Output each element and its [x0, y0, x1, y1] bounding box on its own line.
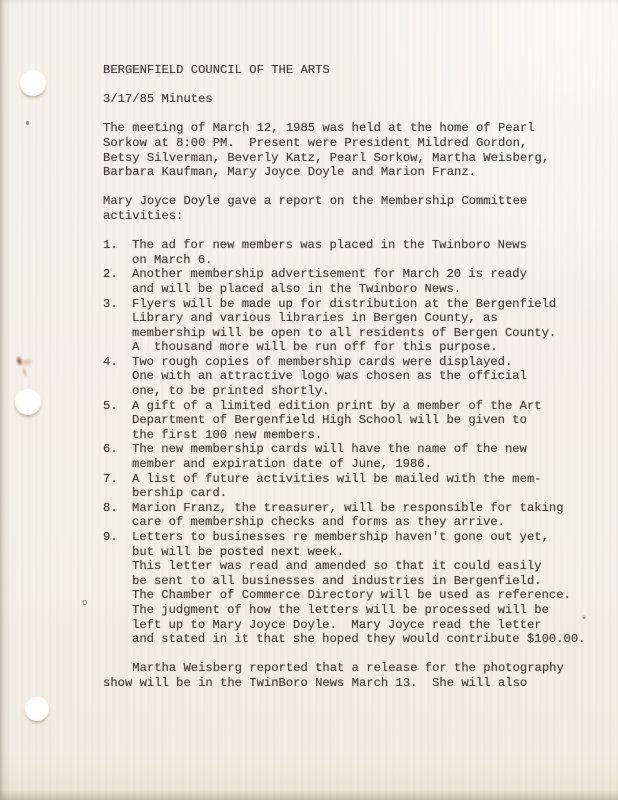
list-item-text: Another membership advertisement for Mar…: [132, 267, 527, 296]
list-item: 9. Letters to businesses re membership h…: [103, 530, 608, 647]
list-item-number: 1.: [103, 238, 132, 267]
list-item-number: 8.: [103, 501, 132, 530]
list-item: 5. A gift of a limited edition print by …: [103, 399, 608, 443]
hole-punch-bottom: [25, 697, 49, 721]
list-item: 8. Marion Franz, the treasurer, will be …: [103, 501, 608, 530]
list-item-text: A list of future activities will be mail…: [132, 472, 542, 501]
list-item-text: Flyers will be made up for distribution …: [132, 297, 556, 355]
list-item-number: 3.: [103, 297, 132, 355]
list-item-number: 7.: [103, 472, 132, 501]
page-edge-shadow-bottom: [0, 790, 618, 800]
stray-smudge-mark: *: [581, 616, 587, 627]
document-title: BERGENFIELD COUNCIL OF THE ARTS: [103, 63, 608, 78]
page-edge-shadow-left: [0, 0, 10, 800]
intro-paragraph: The meeting of March 12, 1985 was held a…: [103, 121, 608, 179]
list-item-text: The new membership cards will have the n…: [132, 442, 527, 471]
list-item: 6. The new membership cards will have th…: [103, 442, 608, 471]
list-item-text: Marion Franz, the treasurer, will be res…: [132, 501, 564, 530]
ink-speck: [26, 121, 29, 125]
hole-punch-middle: [15, 389, 41, 415]
page-edge-shadow-top: [0, 0, 618, 5]
date-line: 3/17/85 Minutes: [103, 92, 608, 107]
list-item-number: 6.: [103, 442, 132, 471]
list-item-number: 4.: [103, 355, 132, 399]
list-item: 3. Flyers will be made up for distributi…: [103, 297, 608, 355]
membership-report-paragraph: Mary Joyce Doyle gave a report on the Me…: [103, 194, 608, 223]
closing-paragraph: Martha Weisberg reported that a release …: [103, 661, 608, 690]
typewritten-text: BERGENFIELD COUNCIL OF THE ARTS 3/17/85 …: [103, 63, 608, 705]
list-item-text: Letters to businesses re membership have…: [132, 530, 585, 647]
hole-punch-top: [20, 70, 46, 96]
numbered-list: 1. The ad for new members was placed in …: [103, 238, 608, 647]
scanned-page: BERGENFIELD COUNCIL OF THE ARTS 3/17/85 …: [0, 0, 618, 800]
list-item-text: A gift of a limited edition print by a m…: [132, 399, 542, 443]
list-item: 1. The ad for new members was placed in …: [103, 238, 608, 267]
list-item: 4. Two rough copies of membership cards …: [103, 355, 608, 399]
list-item-number: 9.: [103, 530, 132, 647]
list-item-text: Two rough copies of membership cards wer…: [132, 355, 527, 399]
list-item: 7. A list of future activities will be m…: [103, 472, 608, 501]
list-item-text: The ad for new members was placed in the…: [132, 238, 527, 267]
list-item-number: 5.: [103, 399, 132, 443]
stain-mark: [5, 344, 43, 384]
stray-margin-mark: o: [82, 598, 87, 608]
list-item: 2. Another membership advertisement for …: [103, 267, 608, 296]
list-item-number: 2.: [103, 267, 132, 296]
